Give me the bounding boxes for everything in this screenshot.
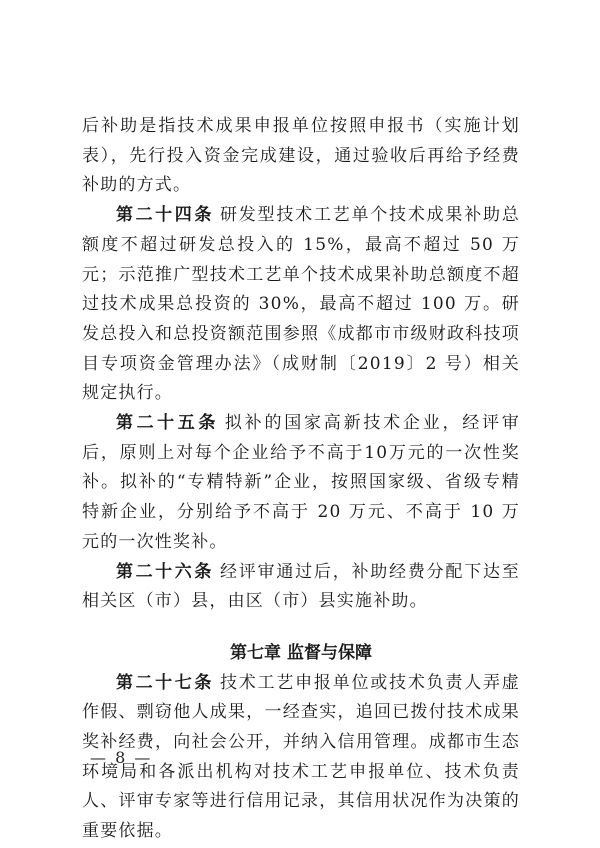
document-body: 后补助是指技术成果申报单位按照申报书（实施计划表），先行投入资金完成建设，通过验…: [82, 112, 520, 847]
paragraph-continuation: 后补助是指技术成果申报单位按照申报书（实施计划表），先行投入资金完成建设，通过验…: [82, 112, 520, 201]
article-heading: 第二十七条: [116, 673, 214, 693]
paragraph-text: 后补助是指技术成果申报单位按照申报书（实施计划表），先行投入资金完成建设，通过验…: [82, 116, 520, 195]
article-heading: 第二十五条: [116, 413, 219, 433]
spacer: [82, 617, 520, 639]
paragraph-text: 拟补的国家高新技术企业，经评审后，原则上对每个企业给予不高于10万元的一次性奖补…: [82, 413, 520, 552]
article-heading: 第二十六条: [116, 562, 214, 582]
paragraph-text: 研发型技术工艺单个技术成果补助总额度不超过研发总投入的 15%，最高不超过 50…: [82, 205, 520, 403]
article-26: 第二十六条经评审通过后，补助经费分配下达至相关区（市）县，由区（市）县实施补助。: [82, 558, 520, 617]
page-number: — 8 —: [90, 748, 152, 767]
article-24: 第二十四条研发型技术工艺单个技术成果补助总额度不超过研发总投入的 15%，最高不…: [82, 201, 520, 409]
article-heading: 第二十四条: [116, 205, 214, 225]
chapter-title: 第七章 监督与保障: [82, 639, 520, 669]
article-25: 第二十五条拟补的国家高新技术企业，经评审后，原则上对每个企业给予不高于10万元的…: [82, 409, 520, 558]
